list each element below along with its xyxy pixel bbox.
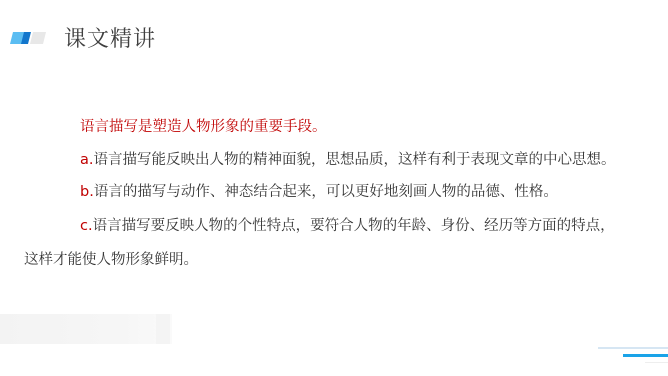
footer-decoration-band — [0, 314, 172, 344]
item-text: 语言的描写与动作、神态结合起来，可以更好地刻画人物的品德、性格。 — [94, 184, 558, 200]
list-item-b: b.语言的描写与动作、神态结合起来，可以更好地刻画人物的品德、性格。 — [80, 182, 558, 202]
decoration-line-light — [598, 347, 668, 349]
item-marker: c. — [80, 218, 93, 234]
decoration-line-blue — [623, 354, 668, 357]
footer-decoration-block — [156, 314, 170, 344]
decoration-line-grey — [645, 362, 668, 363]
item-marker: a. — [80, 152, 94, 168]
list-item-c-continuation: 这样才能使人物形象鲜明。 — [24, 250, 198, 270]
list-item-a: a.语言描写能反映出人物的精神面貌，思想品质，这样有利于表现文章的中心思想。 — [80, 150, 616, 170]
item-marker: b. — [80, 184, 94, 200]
item-text: 语言描写能反映出人物的精神面貌，思想品质，这样有利于表现文章的中心思想。 — [94, 152, 616, 168]
lead-sentence: 语言描写是塑造人物形象的重要手段。 — [80, 117, 327, 137]
item-text: 语言描写要反映人物的个性特点，要符合人物的年龄、身份、经历等方面的特点， — [93, 218, 615, 234]
list-item-c: c.语言描写要反映人物的个性特点，要符合人物的年龄、身份、经历等方面的特点， — [80, 216, 615, 236]
page-title: 课文精讲 — [64, 26, 156, 54]
parallelogram-bars-icon — [10, 32, 46, 44]
